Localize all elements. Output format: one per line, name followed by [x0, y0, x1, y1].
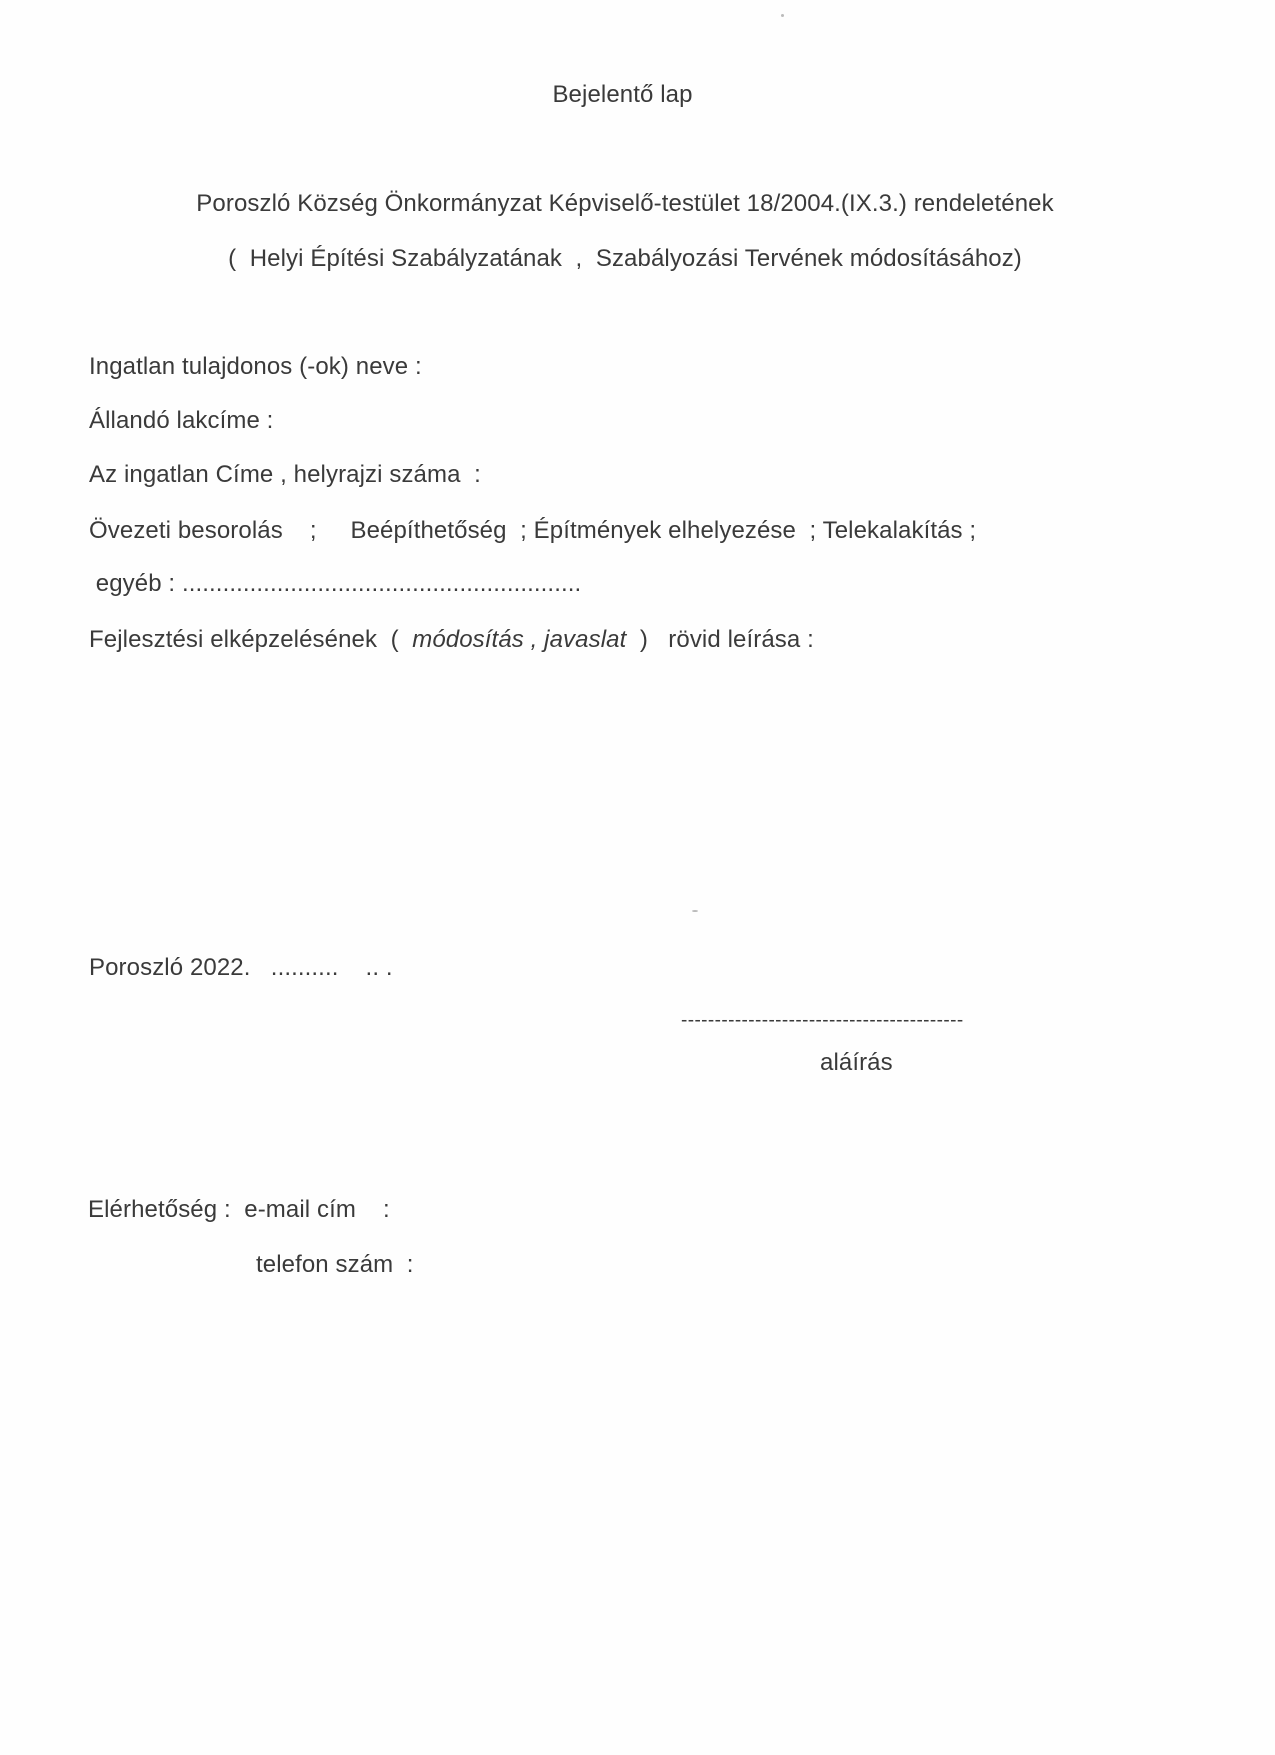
decree-reference: Poroszló Község Önkormányzat Képviselő-t…: [0, 189, 1250, 219]
categories-line: Övezeti besorolás ; Beépíthetőség ; Épít…: [89, 516, 976, 546]
description-italic: módosítás , javaslat: [412, 626, 626, 653]
other-field: egyéb : ................................…: [89, 569, 581, 599]
description-label: Fejlesztési elképzelésének ( módosítás ,…: [89, 625, 814, 655]
date-line: Poroszló 2022. .......... .. .: [89, 953, 393, 983]
decree-purpose: ( Helyi Építési Szabályzatának , Szabály…: [0, 244, 1250, 274]
property-address-label: Az ingatlan Címe , helyrajzi száma :: [89, 460, 481, 490]
signature-line: ----------------------------------------…: [681, 1006, 964, 1036]
description-suffix: ) rövid leírása :: [626, 626, 814, 653]
signature-label: aláírás: [820, 1048, 893, 1078]
contact-phone-label: telefon szám :: [256, 1250, 414, 1280]
permanent-address-label: Állandó lakcíme :: [89, 406, 273, 436]
owner-name-label: Ingatlan tulajdonos (-ok) neve :: [89, 352, 422, 382]
description-prefix: Fejlesztési elképzelésének (: [89, 626, 412, 653]
scan-speck: [692, 910, 698, 912]
contact-email-label: Elérhetőség : e-mail cím :: [88, 1195, 390, 1225]
document-title: Bejelentő lap: [0, 80, 1245, 110]
scan-speck: [781, 14, 784, 17]
